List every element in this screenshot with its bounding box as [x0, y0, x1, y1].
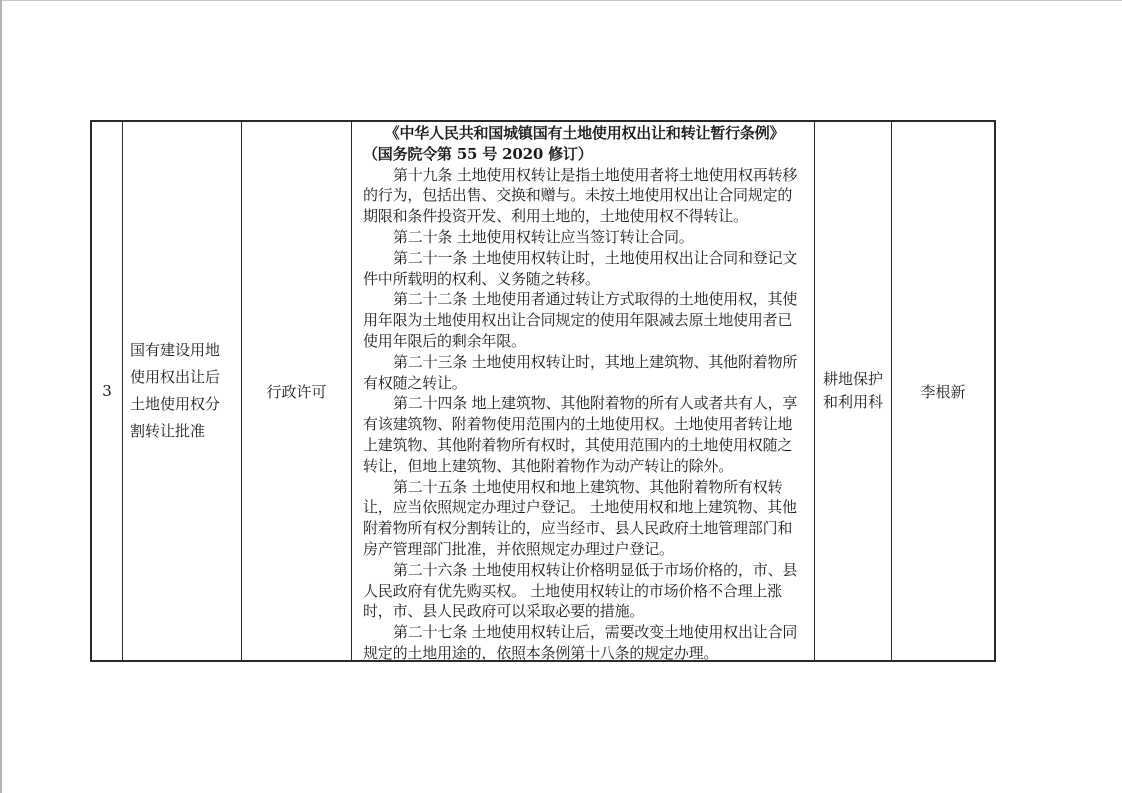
article-paragraph: 第二十三条 土地使用权转让时，其地上建筑物、其他附着物所有权随之转让。: [363, 352, 806, 394]
page-edge-top: [0, 0, 1122, 1]
article-paragraph: 第二十四条 地上建筑物、其他附着物的所有人或者共有人，享有该建筑物、附着物使用范…: [363, 393, 806, 476]
article-paragraph: 第十九条 土地使用权转让是指土地使用者将土地使用权再转移的行为，包括出售、交换和…: [363, 165, 806, 227]
page-edge-left: [0, 0, 2, 793]
article-paragraph: 第二十五条 土地使用权和地上建筑物、其他附着物所有权转让，应当依照规定办理过户登…: [363, 477, 806, 560]
approval-type-cell: 行政许可: [242, 122, 352, 660]
department-text: 耕地保护和利用科: [821, 368, 885, 414]
approval-items-table: 3 国有建设用地使用权出让后土地使用权分割转让批准 行政许可 《中华人民共和国城…: [90, 120, 996, 662]
article-paragraph: 第二十条 土地使用权转让应当签订转让合同。: [363, 227, 806, 248]
department-cell: 耕地保护和利用科: [815, 122, 892, 660]
article-paragraph: 第二十一条 土地使用权转让时，土地使用权出让合同和登记文件中所载明的权利、义务随…: [363, 248, 806, 290]
article-paragraph: 第二十二条 土地使用者通过转让方式取得的土地使用权，其使用年限为土地使用权出让合…: [363, 289, 806, 351]
item-name-cell: 国有建设用地使用权出让后土地使用权分割转让批准: [123, 122, 242, 660]
approval-type-text: 行政许可: [266, 381, 326, 402]
article-paragraph: 第二十六条 土地使用权转让价格明显低于市场价格的，市、县人民政府有优先购买权。 …: [363, 560, 806, 622]
responsible-person-text: 李根新: [920, 381, 965, 402]
legal-basis-title: 《中华人民共和国城镇国有土地使用权出让和转让暂行条例》: [363, 123, 806, 144]
responsible-person-cell: 李根新: [892, 122, 994, 660]
row-index-cell: 3: [92, 122, 123, 660]
item-name-text: 国有建设用地使用权出让后土地使用权分割转让批准: [130, 337, 234, 445]
legal-basis-decree: （国务院令第 55 号 2020 修订）: [363, 144, 806, 165]
row-index-value: 3: [102, 382, 112, 400]
legal-basis-cell: 《中华人民共和国城镇国有土地使用权出让和转让暂行条例》 （国务院令第 55 号 …: [352, 122, 815, 660]
article-paragraph: 第二十七条 土地使用权转让后，需要改变土地使用权出让合同规定的土地用途的，依照本…: [363, 622, 806, 660]
